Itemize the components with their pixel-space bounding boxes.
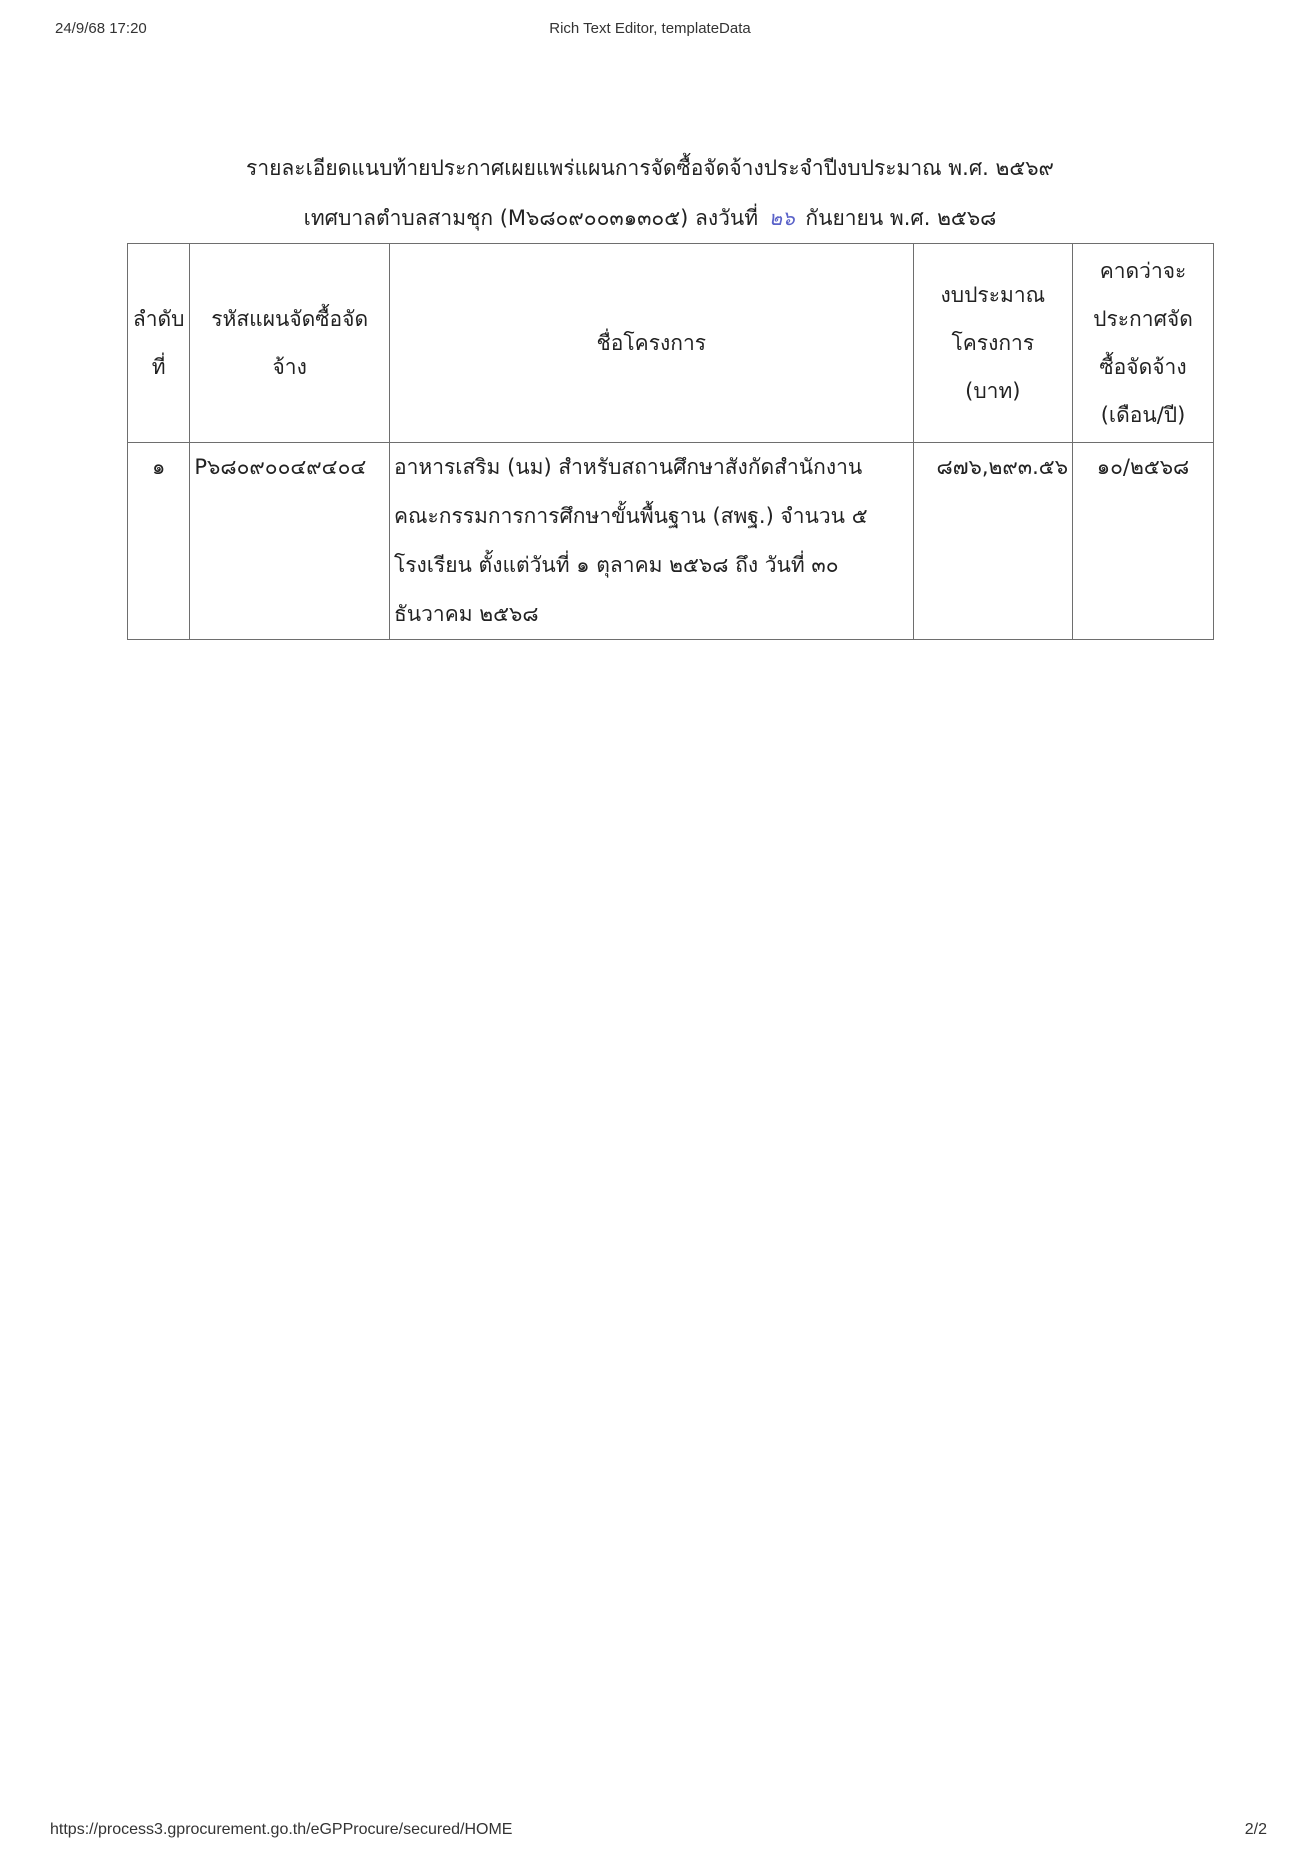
procurement-plan-table: ลำดับที่ รหัสแผนจัดซื้อจัดจ้าง ชื่อโครงก… xyxy=(127,243,1214,640)
print-page-title: Rich Text Editor, templateData xyxy=(0,20,1300,37)
subtitle-suffix: กันยายน พ.ศ. ๒๕๖๘ xyxy=(805,206,996,230)
project-name-line: คณะกรรมการการศึกษาขั้นพื้นฐาน (สพฐ.) จำน… xyxy=(394,492,909,541)
subtitle-prefix: เทศบาลตำบลสามชุก (M๖๘๐๙๐๐๓๑๓๐๕) ลงวันที่ xyxy=(304,206,758,230)
header-month: คาดว่าจะประกาศจัดซื้อจัดจ้าง(เดือน/ปี) xyxy=(1073,244,1214,443)
cell-plan-code: P๖๘๐๙๐๐๔๙๔๐๔ xyxy=(190,443,390,640)
cell-announce-month: ๑๐/๒๕๖๘ xyxy=(1073,443,1214,640)
header-budget: งบประมาณโครงการ(บาท) xyxy=(913,244,1072,443)
document-title: รายละเอียดแนบท้ายประกาศเผยแพร่แผนการจัดซ… xyxy=(0,152,1300,185)
handwritten-day: ๒๖ xyxy=(765,206,799,230)
cell-no: ๑ xyxy=(128,443,190,640)
project-name-line: อาหารเสริม (นม) สำหรับสถานศึกษาสังกัดสำน… xyxy=(394,443,909,492)
table-row: ๑P๖๘๐๙๐๐๔๙๔๐๔อาหารเสริม (นม) สำหรับสถานศ… xyxy=(128,443,1214,640)
table-header-row: ลำดับที่ รหัสแผนจัดซื้อจัดจ้าง ชื่อโครงก… xyxy=(128,244,1214,443)
project-name-line: ธันวาคม ๒๕๖๘ xyxy=(394,590,909,639)
project-name-line: โรงเรียน ตั้งแต่วันที่ ๑ ตุลาคม ๒๕๖๘ ถึง… xyxy=(394,541,909,590)
cell-budget: ๘๗๖,๒๙๓.๕๖ xyxy=(913,443,1072,640)
cell-project-name: อาหารเสริม (นม) สำหรับสถานศึกษาสังกัดสำน… xyxy=(389,443,913,640)
header-no: ลำดับที่ xyxy=(128,244,190,443)
document-subtitle: เทศบาลตำบลสามชุก (M๖๘๐๙๐๐๓๑๓๐๕) ลงวันที่… xyxy=(0,202,1300,235)
print-url: https://process3.gprocurement.go.th/eGPP… xyxy=(50,1821,512,1839)
header-name: ชื่อโครงการ xyxy=(389,244,913,443)
header-code: รหัสแผนจัดซื้อจัดจ้าง xyxy=(190,244,390,443)
print-page-number: 2/2 xyxy=(1245,1821,1267,1839)
